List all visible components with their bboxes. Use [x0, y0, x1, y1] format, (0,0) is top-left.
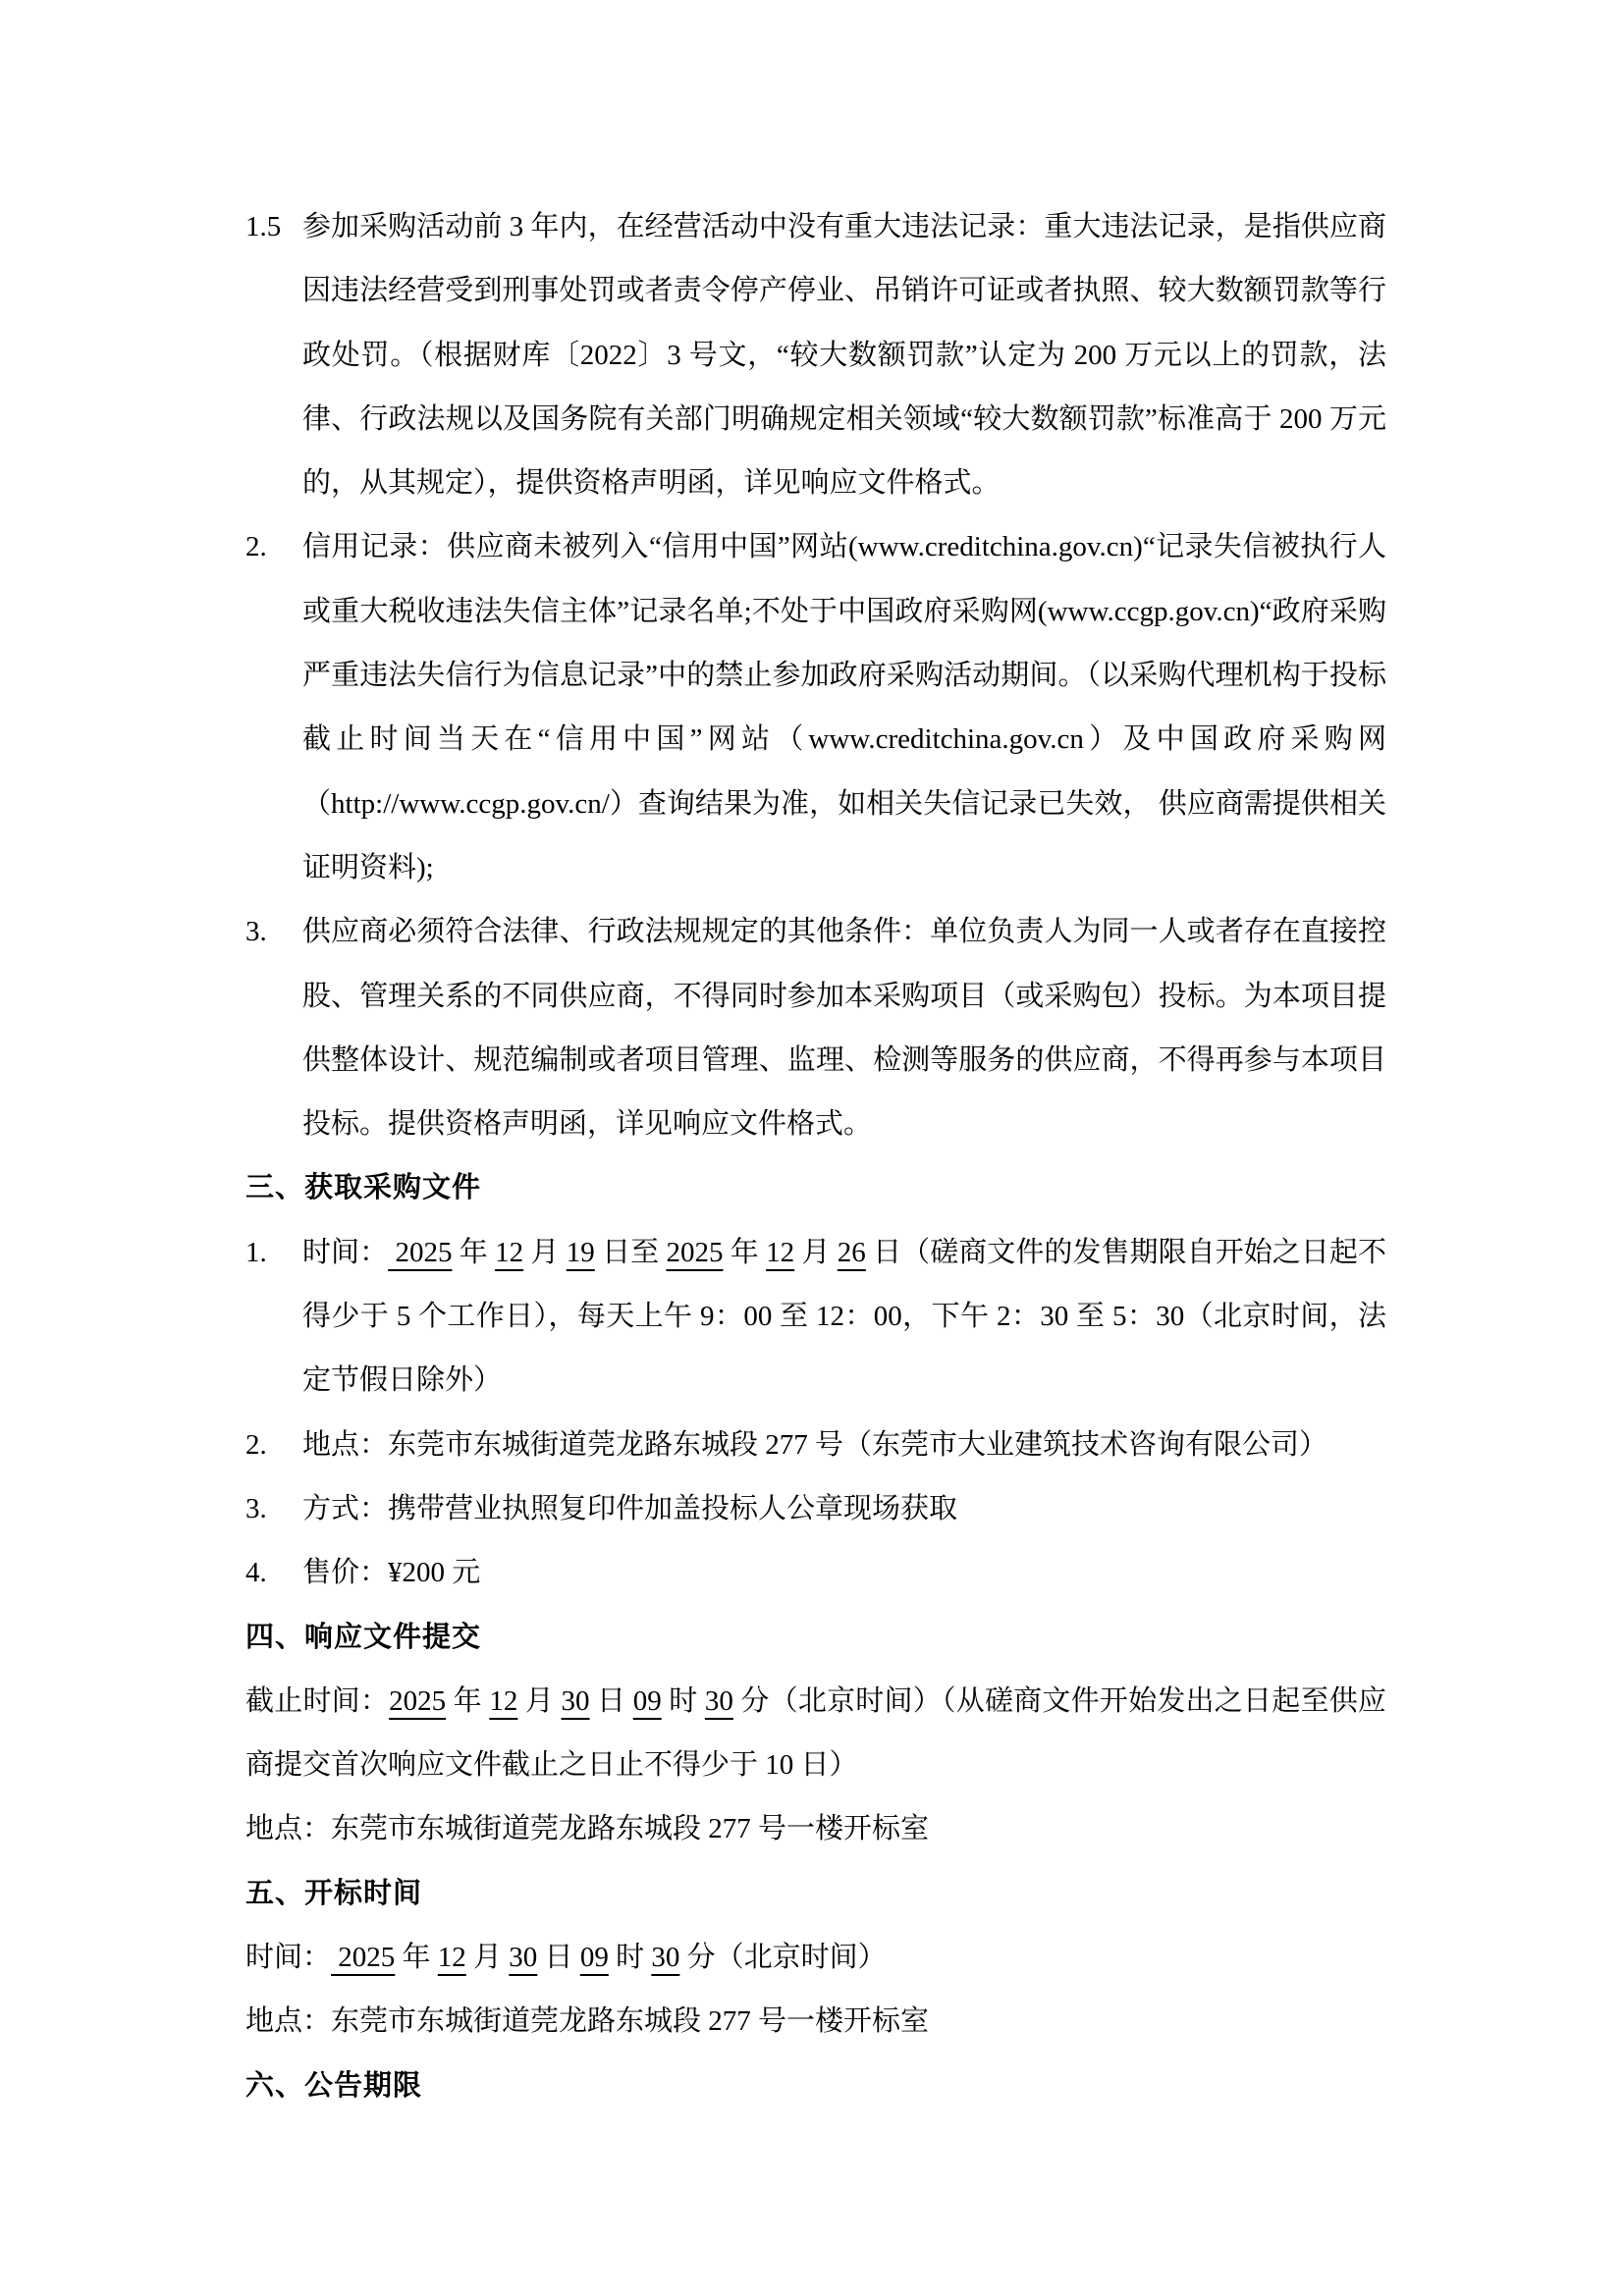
item-number: 2. — [245, 515, 267, 579]
underlined-date-field: 12 — [495, 1237, 523, 1268]
underlined-date-field: 12 — [489, 1685, 517, 1717]
document-body: 1.5参加采购活动前 3 年内，在经营活动中没有重大违法记录：重大违法记录，是指… — [245, 195, 1386, 2118]
item-2-credit-record: 2.信用记录：供应商未被列入“信用中国”网站(www.creditchina.g… — [245, 515, 1386, 900]
text-run: 日至 — [595, 1237, 667, 1268]
text-run: 年 — [723, 1237, 766, 1268]
underlined-date-field: 2025 — [666, 1237, 723, 1268]
item-3-method: 3.方式：携带营业执照复印件加盖投标人公章现场获取 — [245, 1477, 1386, 1541]
heading-5-bid-opening-time: 五、开标时间 — [245, 1862, 1386, 1926]
item-4-price: 4.售价：¥200 元 — [245, 1541, 1386, 1605]
item-number: 2. — [245, 1414, 267, 1477]
underlined-date-field: 09 — [633, 1685, 662, 1717]
document-page: 1.5参加采购活动前 3 年内，在经营活动中没有重大违法记录：重大违法记录，是指… — [0, 0, 1624, 2296]
underlined-date-field: 2025 — [388, 1237, 452, 1268]
underlined-date-field: 26 — [838, 1237, 866, 1268]
underlined-date-field: 30 — [562, 1685, 590, 1717]
text-run: 年 — [446, 1685, 489, 1717]
underlined-date-field: 19 — [567, 1237, 595, 1268]
heading-6-announcement-period: 六、公告期限 — [245, 2055, 1386, 2118]
text-run: 月 — [794, 1237, 838, 1268]
underlined-date-field: 30 — [651, 1942, 679, 1973]
underlined-date-field: 2025 — [389, 1685, 446, 1717]
underlined-date-field: 30 — [705, 1685, 733, 1717]
text-run: 年 — [395, 1942, 438, 1973]
text-run: 地点：东莞市东城街道莞龙路东城段 277 号一楼开标室 — [245, 2005, 929, 2037]
text-run: 信用记录：供应商未被列入“信用中国”网站(www.creditchina.gov… — [302, 531, 1386, 882]
text-run: 月 — [466, 1942, 510, 1973]
text-run: 五、开标时间 — [245, 1878, 422, 1909]
underlined-date-field: 12 — [766, 1237, 794, 1268]
item-3-other-conditions: 3.供应商必须符合法律、行政法规规定的其他条件：单位负责人为同一人或者存在直接控… — [245, 900, 1386, 1156]
text-run: 截止时间： — [245, 1685, 389, 1717]
item-number: 3. — [245, 900, 267, 964]
text-run: 供应商必须符合法律、行政法规规定的其他条件：单位负责人为同一人或者存在直接控股、… — [302, 916, 1386, 1140]
item-2-location: 2.地点：东莞市东城街道莞龙路东城段 277 号（东莞市大业建筑技术咨询有限公司… — [245, 1414, 1386, 1477]
text-run: 六、公告期限 — [245, 2070, 422, 2102]
para-opening-location: 地点：东莞市东城街道莞龙路东城段 277 号一楼开标室 — [245, 1990, 1386, 2054]
heading-4-response-submission: 四、响应文件提交 — [245, 1606, 1386, 1670]
para-deadline-time: 截止时间：2025 年 12 月 30 日 09 时 30 分（北京时间）（从磋… — [245, 1670, 1386, 1798]
text-run: 月 — [523, 1237, 567, 1268]
text-run: 参加采购活动前 3 年内，在经营活动中没有重大违法记录：重大违法记录，是指供应商… — [302, 211, 1386, 499]
text-run: 时间： — [302, 1237, 388, 1268]
text-run: 日 — [590, 1685, 633, 1717]
text-run: 分（北京时间） — [679, 1942, 886, 1973]
text-run: 时 — [662, 1685, 705, 1717]
underlined-date-field: 12 — [438, 1942, 466, 1973]
text-run: 日 — [537, 1942, 580, 1973]
text-run: 时 — [609, 1942, 652, 1973]
item-number: 1.5 — [245, 195, 281, 259]
text-run: 方式：携带营业执照复印件加盖投标人公章现场获取 — [302, 1493, 957, 1524]
heading-3-obtain-documents: 三、获取采购文件 — [245, 1156, 1386, 1220]
text-run: 四、响应文件提交 — [245, 1622, 481, 1653]
item-1-5-major-violation-record: 1.5参加采购活动前 3 年内，在经营活动中没有重大违法记录：重大违法记录，是指… — [245, 195, 1386, 515]
underlined-date-field: 09 — [580, 1942, 609, 1973]
text-run: 三、获取采购文件 — [245, 1172, 481, 1203]
item-number: 4. — [245, 1541, 267, 1605]
item-1-time: 1.时间： 2025 年 12 月 19 日至 2025 年 12 月 26 日… — [245, 1221, 1386, 1414]
text-run: 售价：¥200 元 — [302, 1557, 480, 1588]
underlined-date-field: 30 — [509, 1942, 537, 1973]
text-run: 月 — [517, 1685, 561, 1717]
item-number: 1. — [245, 1221, 267, 1285]
text-run: 时间： — [245, 1942, 331, 1973]
text-run: 地点：东莞市东城街道莞龙路东城段 277 号（东莞市大业建筑技术咨询有限公司） — [302, 1429, 1327, 1461]
text-run: 年 — [452, 1237, 495, 1268]
para-opening-time: 时间： 2025 年 12 月 30 日 09 时 30 分（北京时间） — [245, 1926, 1386, 1990]
item-number: 3. — [245, 1477, 267, 1541]
para-submission-location: 地点：东莞市东城街道莞龙路东城段 277 号一楼开标室 — [245, 1797, 1386, 1861]
text-run: 地点：东莞市东城街道莞龙路东城段 277 号一楼开标室 — [245, 1813, 929, 1844]
underlined-date-field: 2025 — [331, 1942, 395, 1973]
